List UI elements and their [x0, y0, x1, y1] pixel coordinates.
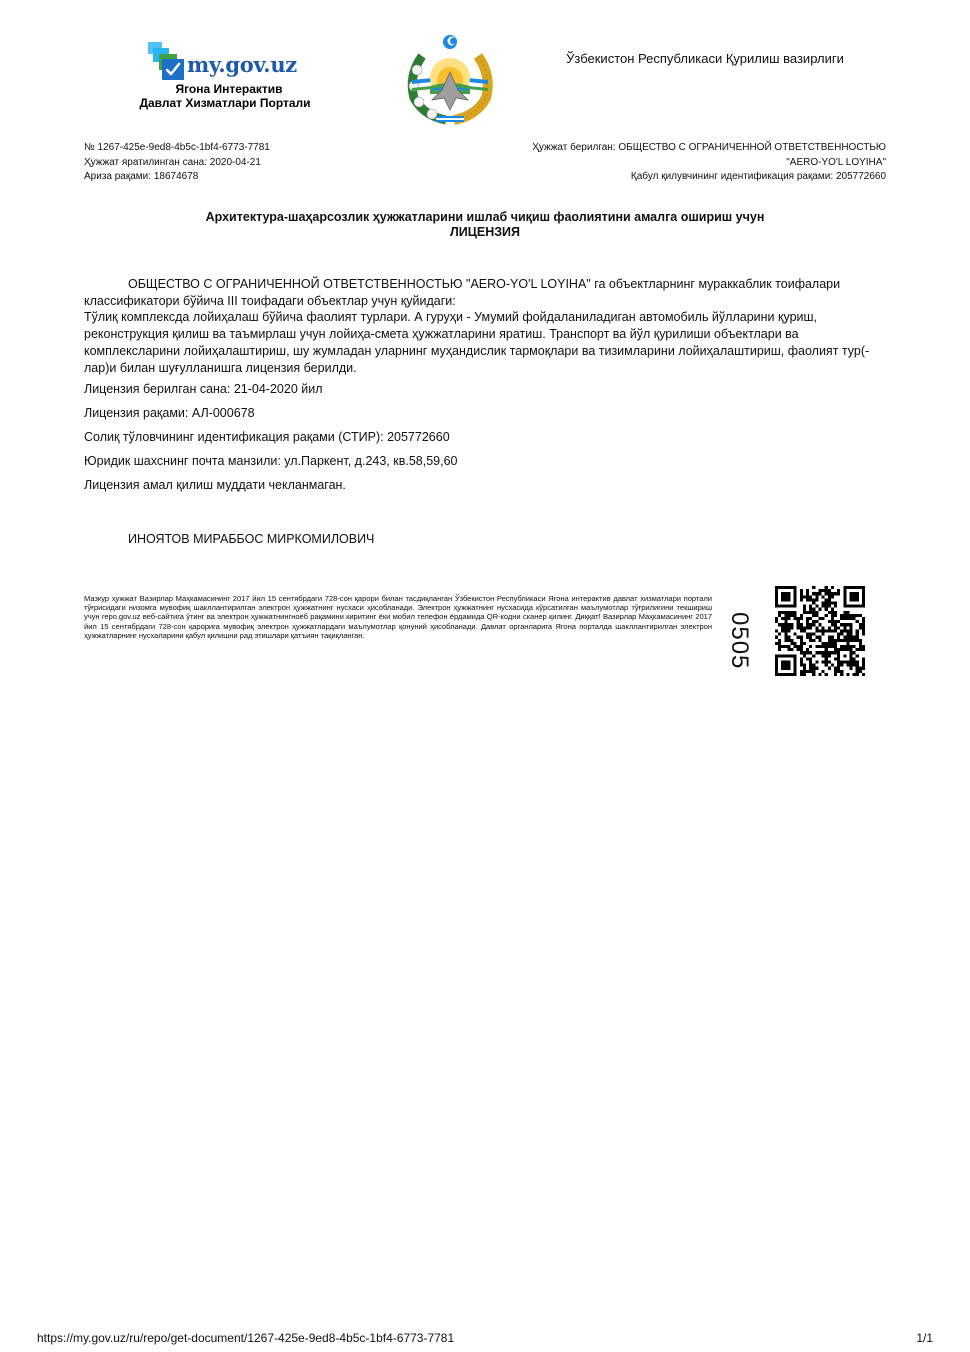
- signer-name: ИНОЯТОВ МИРАББОС МИРКОМИЛОВИЧ: [128, 532, 374, 546]
- document-meta-right: Ҳужжат берилган: ОБЩЕСТВО С ОГРАНИЧЕННОЙ…: [532, 141, 886, 185]
- ministry-name: Ўзбекистон Республикаси Қурилиш вазирлиг…: [540, 51, 870, 66]
- legal-disclaimer: Мазкур ҳужжат Вазирлар Маҳкамасининг 201…: [84, 594, 712, 640]
- state-emblem-icon: [402, 28, 498, 128]
- qr-code-icon: [775, 586, 865, 676]
- document-number: № 1267-425e-9ed8-4b5c-1bf4-6773-7781: [84, 141, 270, 156]
- document-title-line1: Архитектура-шаҳарсозлик ҳужжатларини ишл…: [100, 210, 870, 225]
- document-title-line2: ЛИЦЕНЗИЯ: [100, 225, 870, 240]
- license-validity: Лицензия амал қилиш муддати чекланмаган.: [84, 477, 457, 501]
- portal-brand-text: my.gov.uz: [187, 52, 297, 77]
- portal-subtitle-line2: Давлат Хизматлари Портали: [120, 96, 330, 110]
- portal-subtitle-line1: Ягона Интерактив: [120, 82, 330, 96]
- footer-document-url: https://my.gov.uz/ru/repo/get-document/1…: [37, 1331, 454, 1345]
- recipient-id: Қабул қилувчининг идентификация рақами: …: [532, 170, 886, 185]
- verification-code: 0505: [725, 612, 753, 669]
- license-body-activities: Тўлиқ комплексда лойиҳалаш бўйича фаолия…: [84, 310, 869, 374]
- license-body-intro: ОБЩЕСТВО С ОГРАНИЧЕННОЙ ОТВЕТСТВЕННОСТЬЮ…: [84, 277, 840, 308]
- issued-to-line1: Ҳужжат берилган: ОБЩЕСТВО С ОГРАНИЧЕННОЙ…: [532, 141, 886, 156]
- license-fields: Лицензия берилган сана: 21-04-2020 йил Л…: [84, 381, 457, 501]
- issued-to-line2: "AERO-YO'L LOYIHA": [532, 156, 886, 171]
- portal-logo: my.gov.uz Ягона Интерактив Давлат Хизмат…: [120, 40, 330, 115]
- footer-page-number: 1/1: [916, 1331, 933, 1345]
- document-meta-left: № 1267-425e-9ed8-4b5c-1bf4-6773-7781 Ҳуж…: [84, 141, 270, 185]
- license-number: Лицензия рақами: АЛ-000678: [84, 405, 457, 429]
- checkmark-squares-icon: [148, 42, 184, 80]
- license-body: ОБЩЕСТВО С ОГРАНИЧЕННОЙ ОТВЕТСТВЕННОСТЬЮ…: [84, 276, 889, 376]
- license-issue-date: Лицензия берилган сана: 21-04-2020 йил: [84, 381, 457, 405]
- taxpayer-id: Солиқ тўловчининг идентификация рақами (…: [84, 429, 457, 453]
- portal-subtitle: Ягона Интерактив Давлат Хизматлари Порта…: [120, 82, 330, 110]
- document-created-date: Ҳужжат яратилинган сана: 2020-04-21: [84, 156, 270, 171]
- application-number: Ариза рақами: 18674678: [84, 170, 270, 185]
- postal-address: Юридик шахснинг почта манзили: ул.Паркен…: [84, 453, 457, 477]
- document-title: Архитектура-шаҳарсозлик ҳужжатларини ишл…: [100, 210, 870, 240]
